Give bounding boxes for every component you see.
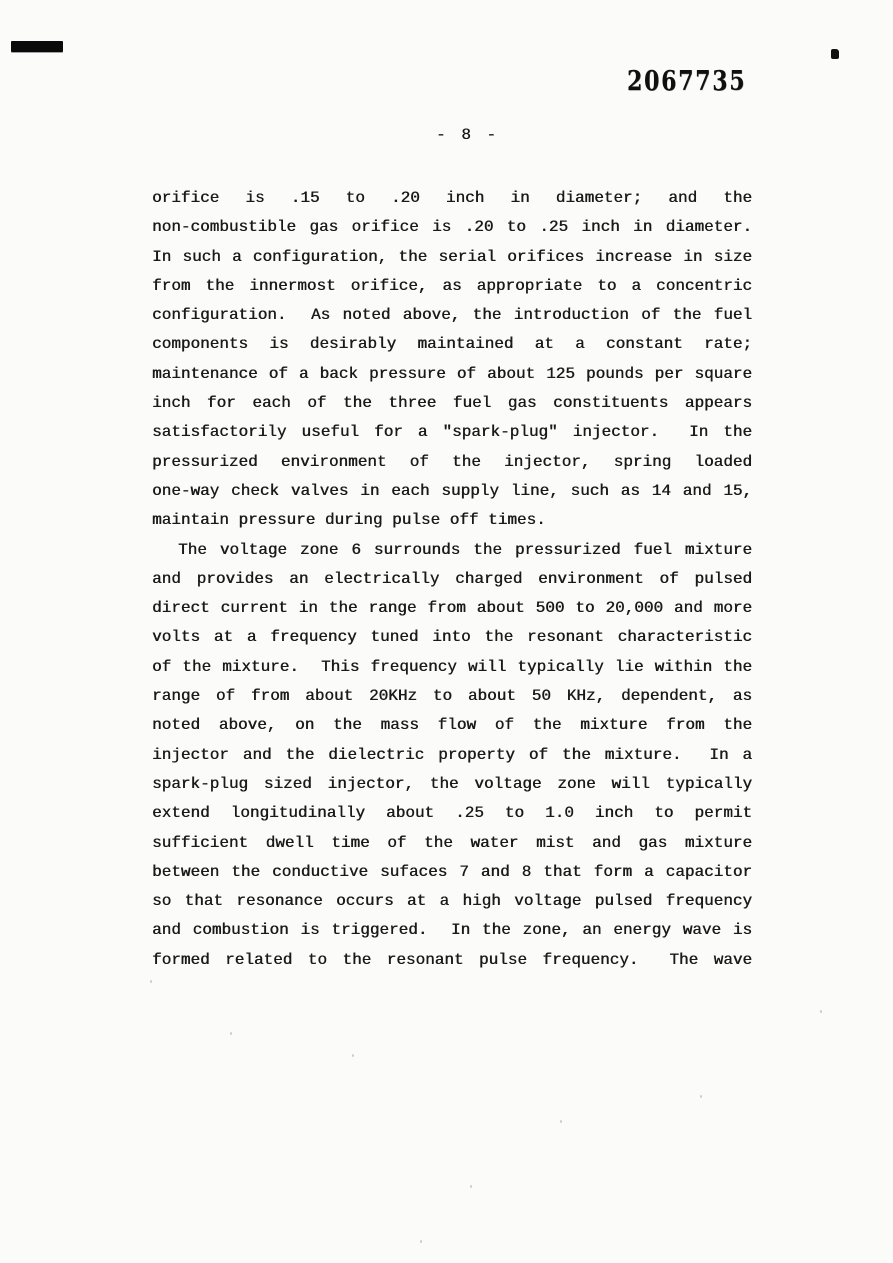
- scan-speck: [700, 1095, 702, 1098]
- text-line: injector and the dielectric property of …: [152, 741, 752, 770]
- text-line: spark-plug sized injector, the voltage z…: [152, 770, 752, 799]
- text-line: configuration. As noted above, the intro…: [152, 301, 752, 330]
- text-line: sufficient dwell time of the water mist …: [152, 829, 752, 858]
- text-line: orifice is .15 to .20 inch in diameter; …: [152, 184, 752, 213]
- scan-speck: [150, 980, 152, 983]
- patent-number: 2067735: [627, 66, 746, 97]
- scan-speck: [420, 1240, 422, 1243]
- page-number: - 8 -: [436, 126, 499, 144]
- text-line: inch for each of the three fuel gas cons…: [152, 389, 752, 418]
- document-page: 2067735 - 8 - orifice is .15 to .20 inch…: [0, 0, 893, 1263]
- text-line: of the mixture. This frequency will typi…: [152, 653, 752, 682]
- scan-speck: [352, 1054, 354, 1057]
- text-line: non-combustible gas orifice is .20 to .2…: [152, 213, 752, 242]
- text-line: and combustion is triggered. In the zone…: [152, 916, 752, 945]
- text-line: components is desirably maintained at a …: [152, 330, 752, 359]
- scan-speck: [230, 1032, 232, 1035]
- text-line: from the innermost orifice, as appropria…: [152, 272, 752, 301]
- text-line: extend longitudinally about .25 to 1.0 i…: [152, 799, 752, 828]
- text-line: noted above, on the mass flow of the mix…: [152, 711, 752, 740]
- text-line: formed related to the resonant pulse fre…: [152, 946, 752, 975]
- body-text: orifice is .15 to .20 inch in diameter; …: [152, 184, 752, 975]
- text-line: maintain pressure during pulse off times…: [152, 506, 752, 535]
- text-line: pressurized environment of the injector,…: [152, 448, 752, 477]
- text-line: so that resonance occurs at a high volta…: [152, 887, 752, 916]
- text-line: maintenance of a back pressure of about …: [152, 360, 752, 389]
- text-line: and provides an electrically charged env…: [152, 565, 752, 594]
- redaction-bar: [11, 41, 63, 52]
- text-line: range of from about 20KHz to about 50 KH…: [152, 682, 752, 711]
- text-line: The voltage zone 6 surrounds the pressur…: [152, 536, 752, 565]
- text-line: one-way check valves in each supply line…: [152, 477, 752, 506]
- ink-mark: [831, 49, 839, 59]
- text-line: volts at a frequency tuned into the reso…: [152, 623, 752, 652]
- paragraph-1: orifice is .15 to .20 inch in diameter; …: [152, 184, 752, 536]
- text-line: between the conductive sufaces 7 and 8 t…: [152, 858, 752, 887]
- scan-speck: [820, 1010, 822, 1013]
- scan-speck: [560, 1120, 562, 1123]
- scan-speck: [470, 1185, 472, 1188]
- text-line: In such a configuration, the serial orif…: [152, 243, 752, 272]
- text-line: direct current in the range from about 5…: [152, 594, 752, 623]
- text-line: satisfactorily useful for a "spark-plug"…: [152, 418, 752, 447]
- paragraph-2: The voltage zone 6 surrounds the pressur…: [152, 536, 752, 975]
